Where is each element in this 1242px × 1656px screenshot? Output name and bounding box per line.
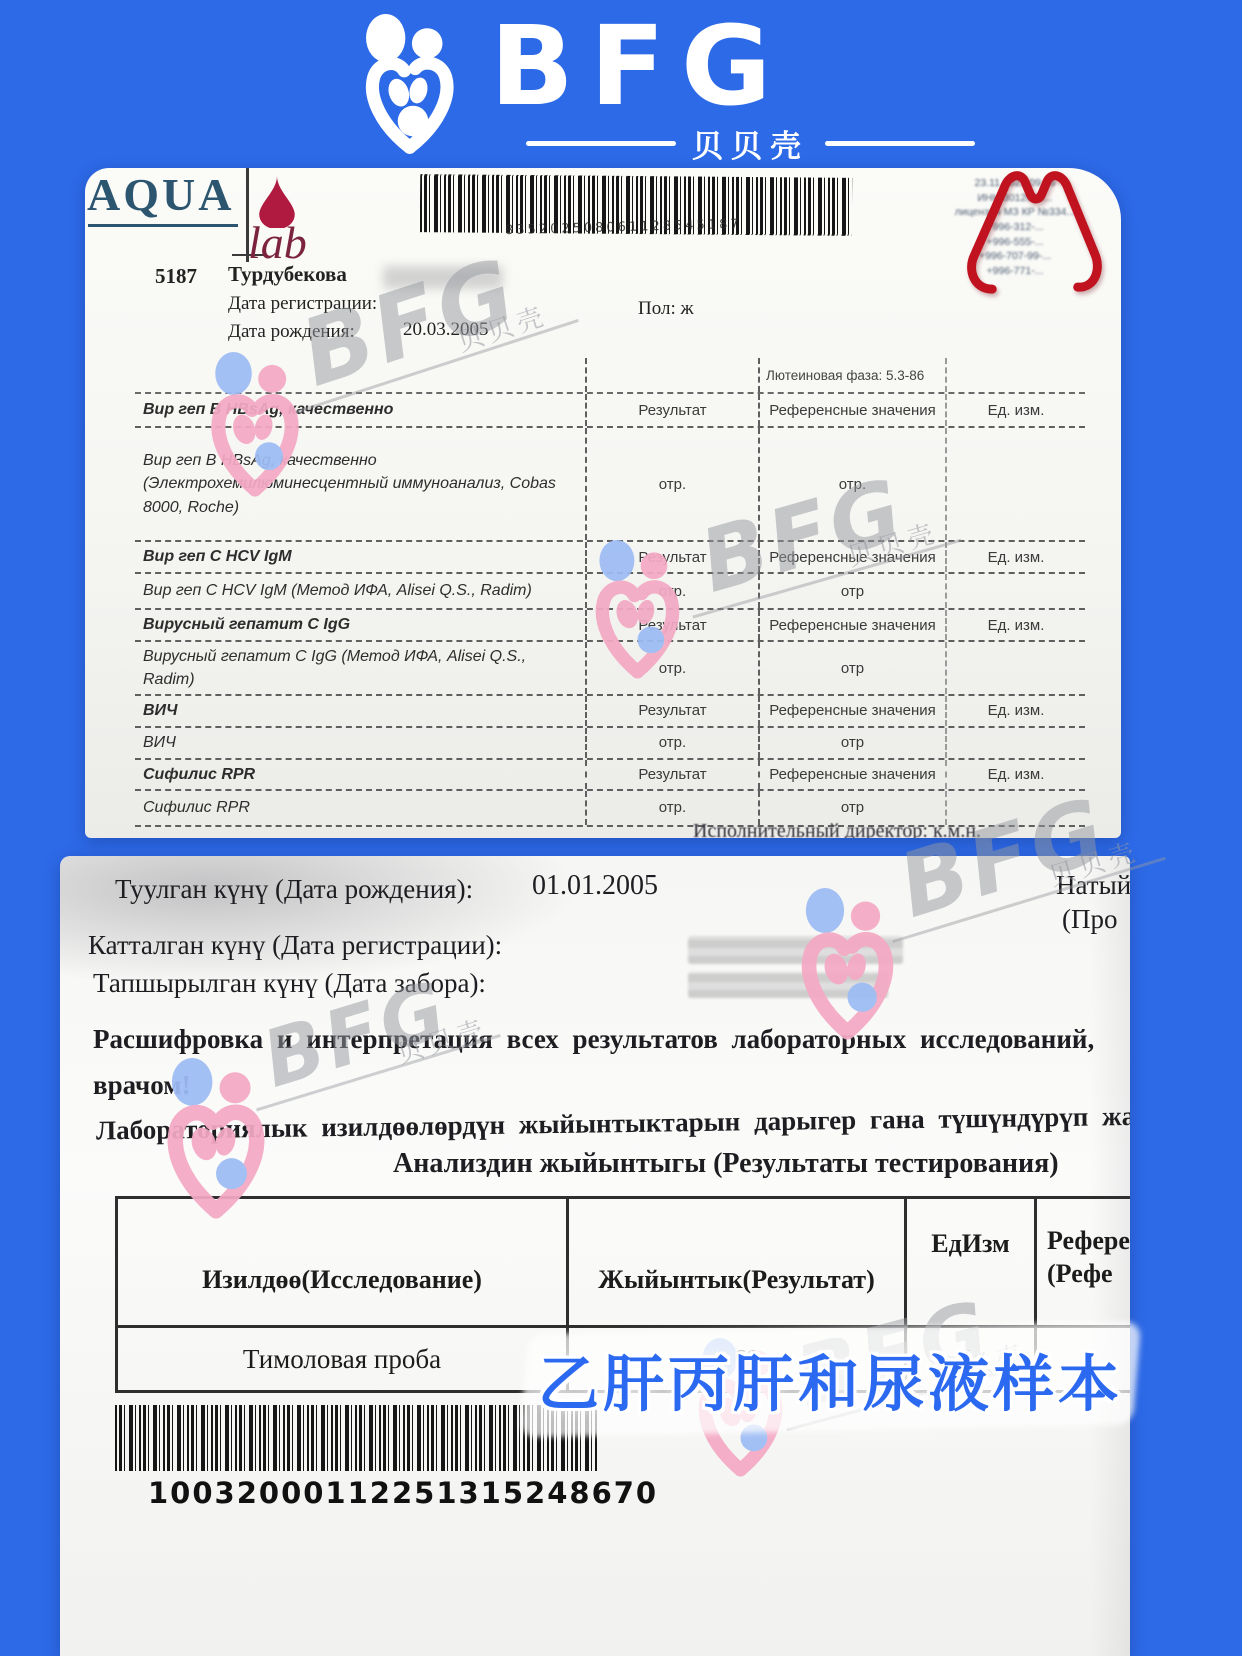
cell-name [135, 358, 585, 392]
cell-reference: отр [760, 728, 945, 758]
cell-unit [945, 728, 1085, 758]
cell-result: Результат [585, 610, 760, 640]
cell-result: Результат [585, 394, 760, 426]
cell-reference: Референсные значения [760, 542, 945, 572]
cell-reference: отр [760, 642, 945, 694]
cell-unit: Ед. изм. [945, 542, 1085, 572]
column-header-test: Изилдөө(Исследование) [118, 1199, 566, 1325]
cell-test-name: Вир геп C HCV IgM (Метод ИФА, Alisei Q.S… [135, 574, 585, 608]
disclaimer-line-3: Лабораториялык изилдөөлөрдүн жыйынтыктар… [96, 1101, 1130, 1147]
collection-date-line: Тапшырылган күнү (Дата забора): [93, 968, 486, 999]
cell-test-name: Вир геп B HBsAg, качественно [135, 394, 585, 426]
chinese-caption: 乙肝丙肝和尿液样本 [538, 1336, 1123, 1423]
cell-result: отр. [585, 642, 760, 694]
registration-date-line: Катталган күнү (Дата регистрации): [88, 930, 502, 961]
cell-test: Тимоловая проба [118, 1328, 566, 1390]
patient-sex: Пол: ж [638, 298, 694, 320]
cell-unit [945, 428, 1085, 540]
cell-reference: Референсные значения [760, 610, 945, 640]
cell-unit: Ед. изм. [945, 610, 1085, 640]
test-group-row: Вир геп C HCV IgMРезультатРеференсные зн… [135, 542, 1085, 574]
test-group-row: ВИЧРезультатРеференсные значенияЕд. изм. [135, 696, 1085, 727]
cell-result: Результат [585, 760, 760, 789]
paperclip-icon [953, 160, 1105, 304]
luteal-phase-note: Лютеиновая фаза: 5.3-86 [760, 358, 945, 392]
cell-test-name: Вир геп C HCV IgM [135, 542, 585, 572]
test-group-row: Сифилис RPRРезультатРеференсные значения… [135, 760, 1085, 791]
result-corner-text: (Про [1062, 904, 1118, 935]
doc1-table-rows: Вир геп B HBsAg, качественноРезультатРеф… [135, 394, 1085, 827]
cell-test-name: Вир геп B HBsAg, качественно (Электрохем… [135, 428, 585, 540]
brand-logo: BFG 贝贝壳 [352, 14, 975, 166]
disclaimer-line-1: Расшифровка и интерпретация всех результ… [93, 1024, 1094, 1055]
birth-date-value: 20.03.2005 [403, 319, 489, 341]
results-table: Лютеиновая фаза: 5.3-86 Вир геп B HBsAg,… [135, 358, 1085, 827]
cell-result: Результат [585, 542, 760, 572]
cell-test-name: Сифилис RPR [135, 760, 585, 789]
cell-test-name: Вирусный гепатит C IgG (Метод ИФА, Alise… [135, 642, 585, 694]
results-table-title: Анализдин жыйынтыгы (Результаты тестиров… [393, 1148, 1059, 1180]
cell-unit [945, 574, 1085, 608]
aqua-underline [88, 224, 238, 227]
cell-result: отр. [585, 728, 760, 758]
cell-test-name: Вирусный гепатит C IgG [135, 610, 585, 640]
test-result-row: Вир геп C HCV IgM (Метод ИФА, Alisei Q.S… [135, 574, 1085, 610]
test-result-row: Вир геп B HBsAg, качественно (Электрохем… [135, 428, 1085, 542]
phase-note-row: Лютеиновая фаза: 5.3-86 [135, 358, 1085, 394]
redacted-collection-date [688, 972, 888, 998]
cell-unit [945, 642, 1085, 694]
cell-unit: Ед. изм. [945, 394, 1085, 426]
redacted-patient-name [383, 266, 503, 289]
cell-unit: Ед. изм. [945, 696, 1085, 725]
cell-result: отр. [585, 428, 760, 540]
brand-name: BFG [490, 14, 975, 119]
cell-result [585, 358, 760, 392]
cell-test-name: ВИЧ [135, 696, 585, 725]
cell-reference: Референсные значения [760, 394, 945, 426]
column-header-unit: ЕдИзм [904, 1199, 1034, 1325]
redacted-registration-date [688, 936, 903, 964]
birth-date-line: Туулган күнү (Дата рождения): [115, 874, 473, 905]
cell-reference: Референсные значения [760, 696, 945, 725]
cell-unit: Ед. изм. [945, 760, 1085, 789]
brand-subtitle: 贝贝壳 [526, 121, 975, 166]
disclaimer-line-2: врачом! [93, 1070, 191, 1101]
lab-report-photo-2: Туулган күнү (Дата рождения): 01.01.2005… [60, 856, 1130, 1656]
executive-director-line: Исполнительный директор: к.м.н. [693, 820, 981, 838]
aqua-lab-name: AQUA [87, 168, 234, 221]
cell-unit [945, 358, 1085, 392]
result-corner-text: Натый [1056, 870, 1130, 901]
reference-header-line: (Рефе [1047, 1258, 1113, 1291]
cell-result: отр. [585, 574, 760, 608]
cell-result: Результат [585, 696, 760, 725]
test-result-row: ВИЧотр.отр [135, 728, 1085, 760]
cell-test-name: ВИЧ [135, 728, 585, 758]
cell-reference: отр [760, 574, 945, 608]
divider-line [526, 141, 676, 146]
column-header-result: Жыйынтык(Результат) [566, 1199, 904, 1325]
cell-test-name: Сифилис RPR [135, 791, 585, 825]
poster-canvas: BFG 贝贝壳 AQUA lab 835202508061128545187 2… [0, 0, 1242, 1656]
patient-surname: Турдубекова [228, 262, 347, 287]
brand-logo-text: BFG 贝贝壳 [490, 14, 975, 166]
test-group-row: Вирусный гепатит C IgGРезультатРеференсн… [135, 610, 1085, 642]
birth-date-value: 01.01.2005 [532, 870, 658, 902]
reference-header-line: Рефере [1047, 1225, 1130, 1258]
family-logo-icon [352, 14, 474, 156]
patient-id: 5187 [155, 264, 197, 289]
divider-line [825, 141, 975, 146]
registration-date-label: Дата регистрации: [228, 293, 377, 315]
birth-date-label: Дата рождения: [228, 321, 355, 343]
cell-reference: Референсные значения [760, 760, 945, 789]
barcode-2-number: 10032000112251315248670 [148, 1476, 658, 1510]
column-header-reference: Рефере (Рефе [1034, 1199, 1130, 1325]
brand-chinese-name: 贝贝壳 [692, 121, 809, 166]
test-result-row: Вирусный гепатит C IgG (Метод ИФА, Alise… [135, 642, 1085, 696]
cell-reference: отр. [760, 428, 945, 540]
test-group-row: Вир геп B HBsAg, качественноРезультатРеф… [135, 394, 1085, 428]
table-header-row: Изилдөө(Исследование) Жыйынтык(Результат… [118, 1199, 1130, 1328]
